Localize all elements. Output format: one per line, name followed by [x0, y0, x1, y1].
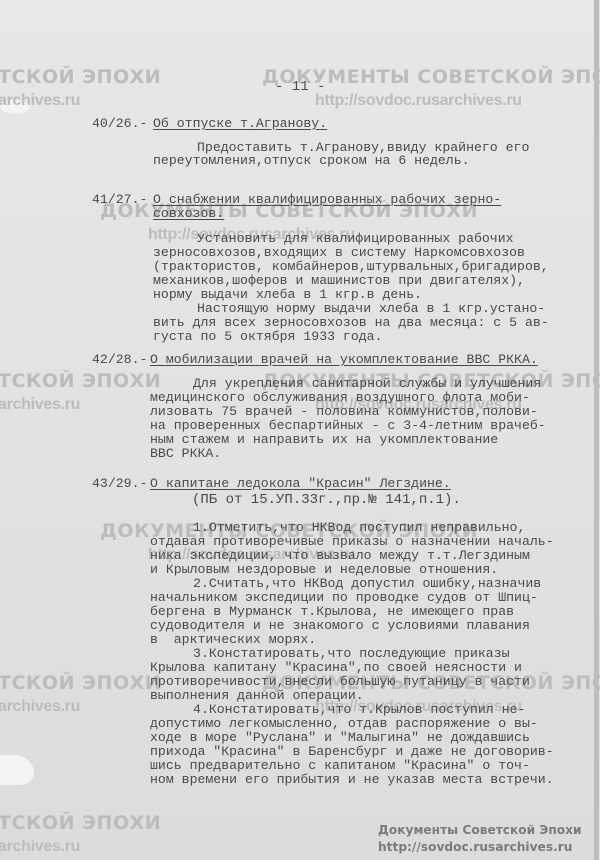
- item-title: О снабжении квалифицированных рабочих зе…: [153, 193, 501, 207]
- item-body-line: лизовать 75 врачей - половина коммунисто…: [150, 405, 538, 419]
- item-body-line: на проверенных беспартийных - с 3-4-летн…: [150, 419, 546, 433]
- item-body-line: допустимо легкомысленно, отдав распоряже…: [150, 717, 538, 731]
- item-body-line: зерносовхозов,входящих в систему Наркомс…: [153, 246, 525, 260]
- item-body-line: норму выдачи хлеба в 1 кгр.в день.: [153, 288, 422, 302]
- item-body-line: густа по 5 октября 1933 года.: [153, 330, 383, 344]
- item-subtitle: (ПБ от 15.УП.33г.,пр.№ 141,п.1).: [192, 493, 461, 507]
- item-body-line: ным стажем и направить их на укомплектов…: [150, 433, 498, 447]
- item-title: О мобилизации врачей на укомплектование …: [150, 353, 538, 367]
- watermark-title: ТСКОЙ ЭПОХИ: [0, 812, 161, 834]
- watermark-title: ТСКОЙ ЭПОХИ: [0, 370, 161, 392]
- item-body-line: механиков,шоферов и машинистов при двига…: [153, 274, 525, 288]
- item-body-line: 2.Считать,что НКВод допустил ошибку,назн…: [193, 577, 541, 591]
- item-body-line: начальником экспедиции по проводке судов…: [150, 591, 538, 605]
- watermark-title: ТСКОЙ ЭПОХИ: [0, 672, 161, 694]
- footer-title: Документы Советской Эпохи: [378, 822, 582, 839]
- paper-stain: [0, 755, 34, 785]
- item-body-line: Для укрепления санитарной службы и улучш…: [193, 377, 541, 391]
- item-number: 40/26.-: [92, 117, 147, 131]
- item-body-line: ходе в море "Руслана" и "Малыгина" не до…: [150, 731, 530, 745]
- page-number: - 11 -: [275, 79, 325, 95]
- item-title: Об отпуске т.Агранову.: [153, 117, 327, 131]
- item-body-line: ВВС РККА.: [150, 447, 221, 461]
- watermark-url: archives.ru: [0, 396, 80, 414]
- item-body-line: вить для всех зерносовхозов на два месяц…: [153, 316, 549, 330]
- watermark-url: archives.ru: [0, 838, 80, 856]
- archive-footer: Документы Советской Эпохи http://sovdoc.…: [378, 822, 582, 856]
- item-body-line: 4.Констатировать,что т.Крылов поступил н…: [193, 703, 525, 717]
- document-page: ТСКОЙ ЭПОХИ archives.ru ТСКОЙ ЭПОХИ arch…: [0, 0, 599, 860]
- item-number: 41/27.-: [92, 193, 147, 207]
- item-body-line: противоречивости,внесли большую путаницу…: [150, 675, 530, 689]
- item-body-line: прихода "Красина" в Баренсбург и даже не…: [150, 745, 554, 759]
- item-body-line: 1.Отметить,что НКВод поступил неправильн…: [193, 521, 525, 535]
- item-body-line: судоводителя и не знакомого с условиями …: [150, 619, 530, 633]
- footer-url[interactable]: http://sovdoc.rusarchives.ru: [378, 839, 582, 856]
- item-body-line: шись предварительно с капитаном "Красина…: [150, 759, 530, 773]
- item-title: О капитане ледокола "Красин" Легздине.: [150, 477, 451, 491]
- item-body-line: медицинского обслуживания воздушного фло…: [150, 391, 530, 405]
- watermark-url: archives.ru: [0, 698, 80, 716]
- item-body-line: в арктических морях.: [150, 633, 316, 647]
- watermark-url: archives.ru: [0, 92, 80, 110]
- item-number: 43/29.-: [92, 477, 147, 491]
- watermark-url: http://sovdoc.rusarchives.ru: [315, 92, 522, 110]
- item-body-line: выполнения данной операции.: [150, 689, 364, 703]
- watermark-title: ТСКОЙ ЭПОХИ: [0, 66, 161, 88]
- item-title: совхозов.: [153, 207, 224, 221]
- item-body-line: отдавая противоречивые приказы о назначе…: [150, 535, 554, 549]
- item-body-line: переутомления,отпуск сроком на 6 недель.: [153, 154, 470, 168]
- item-body-line: и Крыловым нездоровые и неделовые отноше…: [150, 563, 498, 577]
- item-number: 42/28.-: [92, 353, 147, 367]
- item-body-line: Крылова капитану "Красина",по своей неяс…: [150, 661, 522, 675]
- item-body-line: (трактористов, комбайнеров,штурвальных,б…: [153, 260, 549, 274]
- item-body-line: Настоящую норму выдачи хлеба в 1 кгр.уст…: [197, 302, 545, 316]
- item-body-line: Установить для квалифицированных рабочих: [197, 232, 514, 246]
- item-body-line: ном времени его прибытия и не указав мес…: [150, 773, 554, 787]
- item-body-line: ника экспедиции, что вызвало между т.т.Л…: [150, 549, 530, 563]
- item-body-line: бергена в Мурманск т.Крылова, не имеющег…: [150, 605, 514, 619]
- item-body-line: 3.Констатировать,что последующие приказы: [193, 647, 510, 661]
